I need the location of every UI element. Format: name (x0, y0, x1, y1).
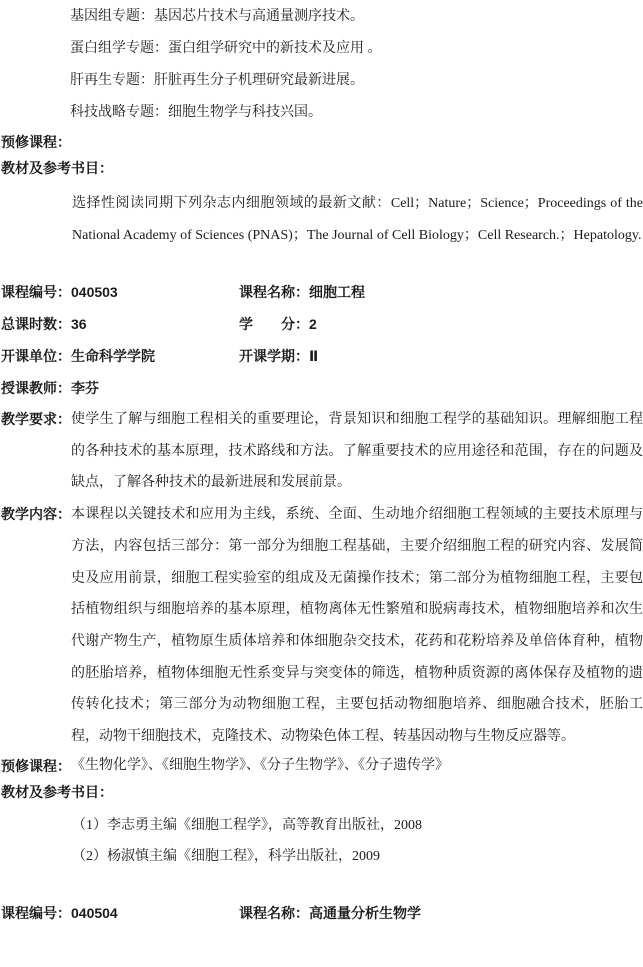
hours-credit-row: 总课时数：36 学 分：2 (1, 308, 643, 340)
semester-value: Ⅱ (309, 348, 318, 364)
reference-book-2: （2）杨淑慎主编《细胞工程》，科学出版社，2009 (1, 841, 643, 872)
course-id-value: 040503 (71, 284, 118, 300)
teacher-label: 授课教师： (1, 380, 71, 396)
teaching-requirements-text: 使学生了解与细胞工程相关的重要理论，背景知识和细胞工程学的基础知识。理解细胞工程… (71, 404, 643, 499)
course-id-label: 课程编号： (1, 284, 71, 300)
semester-label: 开课学期： (239, 348, 309, 364)
topic-item-proteomics: 蛋白组学专题：蛋白组学研究中的新技术及应用 。 (1, 33, 643, 65)
credit-label: 学 分： (239, 316, 309, 332)
prerequisites-section: 预修课程： 《生物化学》、《细胞生物学》、《分子生物学》、《分子遗传学》 (1, 753, 643, 779)
total-hours-label: 总课时数： (1, 316, 71, 332)
prerequisites-label: 预修课程： (1, 753, 71, 779)
total-hours-cell: 总课时数：36 (1, 308, 239, 340)
topic-item-genome: 基因组专题：基因芯片技术与高通量测序技术。 (1, 1, 643, 33)
course-info-block: 课程编号：040503 课程名称：细胞工程 总课时数：36 学 分：2 开课单位… (1, 276, 643, 404)
semester-cell: 开课学期：Ⅱ (239, 340, 643, 372)
next-course-id-label: 课程编号： (1, 905, 71, 921)
offering-unit-label: 开课单位： (1, 348, 71, 364)
course-name-label: 课程名称： (239, 284, 309, 300)
special-topics-list: 基因组专题：基因芯片技术与高通量测序技术。 蛋白组学专题：蛋白组学研究中的新技术… (1, 1, 643, 129)
offering-unit-value: 生命科学学院 (71, 348, 155, 364)
unit-semester-row: 开课单位：生命科学学院 开课学期：Ⅱ (1, 340, 643, 372)
next-course-name-cell: 课程名称：高通量分析生物学 (239, 900, 643, 926)
teaching-requirements-label: 教学要求： (1, 404, 71, 499)
teaching-content-text: 本课程以关键技术和应用为主线，系统、全面、生动地介绍细胞工程领域的主要技术原理与… (71, 499, 643, 753)
topic-item-science-strategy: 科技战略专题：细胞生物学与科技兴国。 (1, 97, 643, 129)
next-course-name-value: 高通量分析生物学 (309, 905, 421, 921)
course-name-value: 细胞工程 (309, 284, 365, 300)
materials-heading-2: 教材及参考书目： (1, 779, 643, 805)
credit-value: 2 (309, 316, 317, 332)
reading-list-paragraph: 选择性阅读同期下列杂志内细胞领域的最新文献：Cell；Nature；Scienc… (1, 188, 643, 252)
teaching-content-label: 教学内容： (1, 499, 71, 753)
teacher-row: 授课教师：李芬 (1, 372, 643, 404)
materials-heading-1: 教材及参考书目： (1, 155, 643, 181)
offering-unit-cell: 开课单位：生命科学学院 (1, 340, 239, 372)
next-course-id-cell: 课程编号：040504 (1, 900, 239, 926)
next-course-row: 课程编号：040504 课程名称：高通量分析生物学 (1, 900, 643, 926)
credit-cell: 学 分：2 (239, 308, 643, 340)
next-course-id-value: 040504 (71, 905, 118, 921)
teaching-requirements-section: 教学要求： 使学生了解与细胞工程相关的重要理论，背景知识和细胞工程学的基础知识。… (1, 404, 643, 499)
topic-item-liver-regeneration: 肝再生专题：肝脏再生分子机理研究最新进展。 (1, 65, 643, 97)
course-id-cell: 课程编号：040503 (1, 276, 239, 308)
course-name-cell: 课程名称：细胞工程 (239, 276, 643, 308)
prerequisites-text: 《生物化学》、《细胞生物学》、《分子生物学》、《分子遗传学》 (71, 753, 643, 779)
reference-books-list: （1）李志勇主编《细胞工程学》，高等教育出版社，2008 （2）杨淑慎主编《细胞… (1, 810, 643, 872)
teacher-cell: 授课教师：李芬 (1, 372, 239, 404)
total-hours-value: 36 (71, 316, 87, 332)
course-id-name-row: 课程编号：040503 课程名称：细胞工程 (1, 276, 643, 308)
prerequisite-label-empty: 预修课程： (1, 129, 643, 155)
course-syllabus-page: 基因组专题：基因芯片技术与高通量测序技术。 蛋白组学专题：蛋白组学研究中的新技术… (0, 0, 643, 967)
reference-book-1: （1）李志勇主编《细胞工程学》，高等教育出版社，2008 (1, 810, 643, 841)
next-course-name-label: 课程名称： (239, 905, 309, 921)
teacher-value: 李芬 (71, 380, 99, 396)
teaching-content-section: 教学内容： 本课程以关键技术和应用为主线，系统、全面、生动地介绍细胞工程领域的主… (1, 499, 643, 753)
